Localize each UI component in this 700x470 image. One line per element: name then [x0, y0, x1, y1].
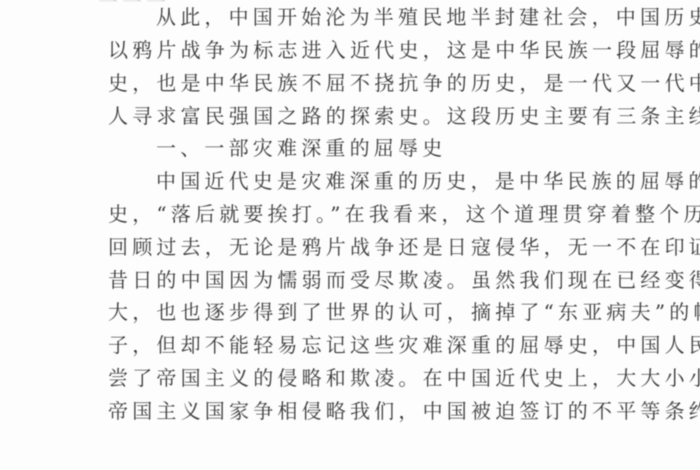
- paragraph-2-line-8: 帝国主义国家争相侵略我们，中国被迫签订的不平等条约有: [108, 399, 700, 423]
- document-page: 一一一 从此，中国开始沦为半殖民地半封建社会，中国历史也 以鸦片战争为标志进入近…: [0, 0, 700, 470]
- paragraph-1-line-1: 从此，中国开始沦为半殖民地半封建社会，中国历史也: [156, 5, 596, 29]
- section-heading: 一、一部灾难深重的屈辱史: [156, 136, 446, 160]
- paragraph-2-line-5: 大，也也逐步得到了世界的认可，摘掉了“东亚病夫”的帽: [108, 300, 700, 324]
- paragraph-2-line-7: 尝了帝国主义的侵略和欺凌。在中国近代史上，大大小小的: [108, 366, 700, 390]
- paragraph-1-line-4: 人寻求富民强国之路的探索史。这段历史主要有三条主线。: [108, 104, 700, 128]
- paragraph-2-line-2: 史，“落后就要挨打。”在我看来，这个道理贯穿着整个历史。: [108, 202, 700, 226]
- paragraph-2-line-6: 子，但却不能轻易忘记这些灾难深重的屈辱史，中国人民饱: [108, 333, 700, 357]
- paragraph-2-line-1: 中国近代史是灾难深重的历史，是中华民族的屈辱的历: [156, 169, 700, 193]
- paragraph-1-line-3: 史，也是中华民族不屈不挠抗争的历史，是一代又一代中国: [108, 71, 700, 95]
- paragraph-1-line-2: 以鸦片战争为标志进入近代史，这是中华民族一段屈辱的历: [108, 38, 700, 62]
- paragraph-2-line-3: 回顾过去，无论是鸦片战争还是日寇侵华，无一不在印证着：: [108, 235, 700, 259]
- paragraph-2-line-4: 昔日的中国因为懦弱而受尽欺凌。虽然我们现在已经变得强: [108, 268, 700, 292]
